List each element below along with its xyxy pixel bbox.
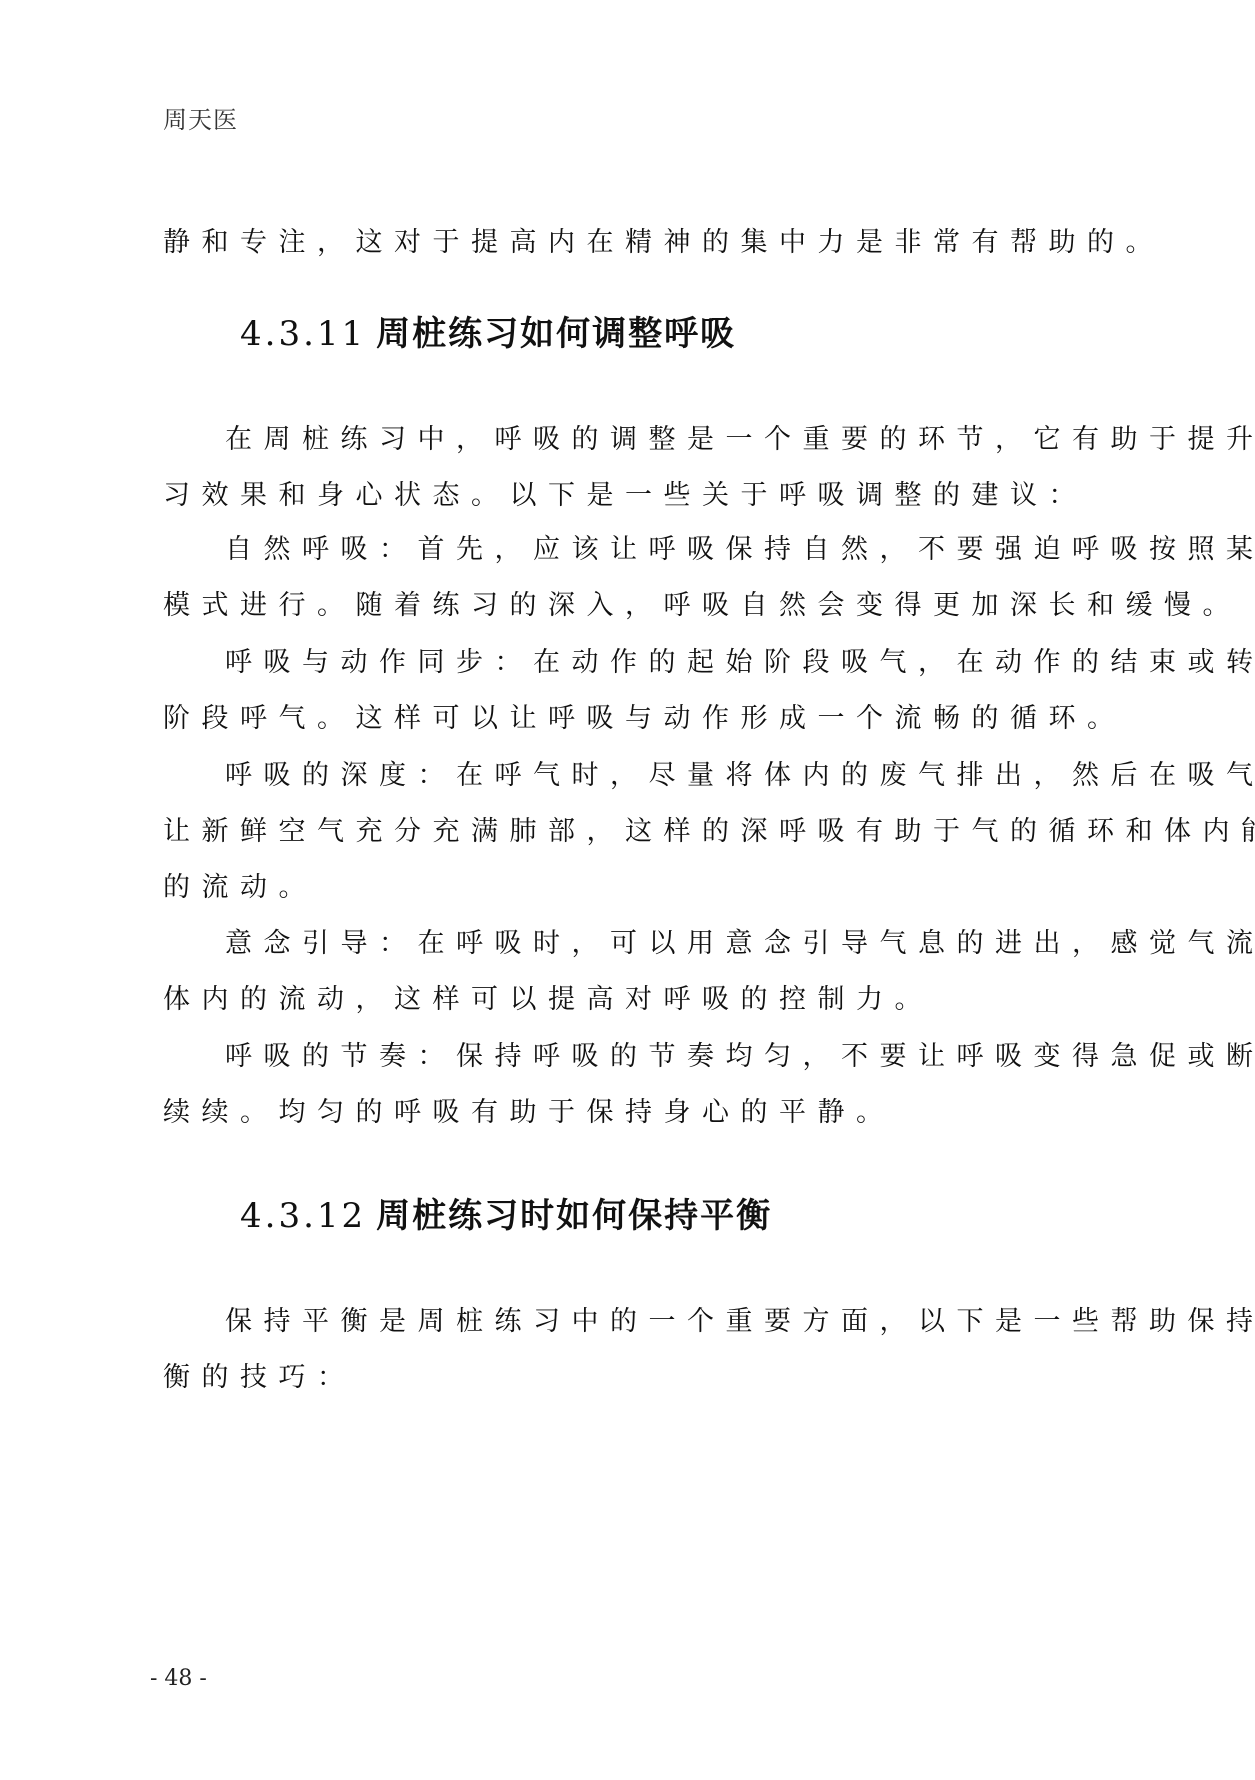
section-heading-4-3-11: 4.3.11周桩练习如何调整呼吸 bbox=[240, 310, 736, 358]
carryover-paragraph-line: 静和专注，这对于提高内在精神的集中力是非常有帮助的。 bbox=[163, 223, 1098, 263]
item-paragraph-line: 呼吸与动作同步：在动作的起始阶段吸气，在动作的结束或转换 bbox=[225, 643, 1100, 683]
item-paragraph-line: 呼吸的节奏：保持呼吸的节奏均匀，不要让呼吸变得急促或断断 bbox=[225, 1037, 1100, 1077]
item-paragraph-line: 模式进行。随着练习的深入，呼吸自然会变得更加深长和缓慢。 bbox=[163, 586, 1098, 626]
item-paragraph-line: 的流动。 bbox=[163, 868, 1098, 908]
section-title: 周桩练习时如何保持平衡 bbox=[376, 1196, 772, 1236]
item-paragraph-line: 呼吸的深度：在呼气时，尽量将体内的废气排出，然后在吸气时 bbox=[225, 756, 1100, 796]
item-paragraph-line: 阶段呼气。这样可以让呼吸与动作形成一个流畅的循环。 bbox=[163, 699, 1098, 739]
intro-paragraph-line: 衡的技巧： bbox=[163, 1358, 1098, 1398]
intro-paragraph-line: 保持平衡是周桩练习中的一个重要方面，以下是一些帮助保持平 bbox=[225, 1302, 1100, 1342]
page-number: - 48 - bbox=[150, 1666, 207, 1691]
section-number: 4.3.12 bbox=[240, 1196, 366, 1236]
item-paragraph-line: 体内的流动，这样可以提高对呼吸的控制力。 bbox=[163, 980, 1098, 1020]
item-paragraph-line: 自然呼吸：首先，应该让呼吸保持自然，不要强迫呼吸按照某种 bbox=[225, 530, 1100, 570]
intro-paragraph-line: 习效果和身心状态。以下是一些关于呼吸调整的建议： bbox=[163, 476, 1098, 516]
section-title: 周桩练习如何调整呼吸 bbox=[376, 314, 736, 354]
item-paragraph-line: 续续。均匀的呼吸有助于保持身心的平静。 bbox=[163, 1093, 1098, 1133]
running-header-author: 周天医 bbox=[163, 100, 238, 135]
section-heading-4-3-12: 4.3.12周桩练习时如何保持平衡 bbox=[240, 1192, 772, 1240]
item-paragraph-line: 意念引导：在呼吸时，可以用意念引导气息的进出，感觉气流在 bbox=[225, 924, 1100, 964]
section-number: 4.3.11 bbox=[240, 314, 366, 354]
intro-paragraph-line: 在周桩练习中，呼吸的调整是一个重要的环节，它有助于提升练 bbox=[225, 420, 1100, 460]
item-paragraph-line: 让新鲜空气充分充满肺部，这样的深呼吸有助于气的循环和体内能量 bbox=[163, 812, 1098, 852]
